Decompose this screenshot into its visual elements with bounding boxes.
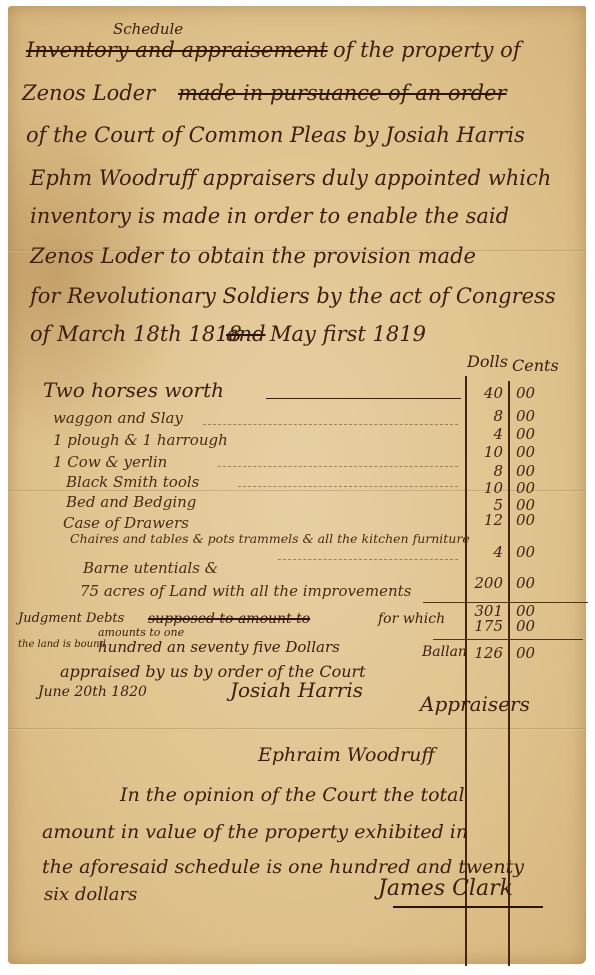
fold-crease — [8, 728, 586, 730]
item-cents: 00 — [516, 384, 535, 402]
judgment-struck: supposed to amount to — [148, 611, 310, 627]
heading-line-8-after: May first 1819 — [270, 322, 426, 346]
item-label: Case of Drawers — [63, 514, 189, 532]
item-dollars: 4 — [463, 425, 503, 443]
signature-ephraim-woodruff: Ephraim Woodruff — [258, 744, 435, 766]
heading-line-8-struck: and — [226, 322, 266, 346]
item-dollars: 12 — [463, 511, 503, 529]
item-cents: 00 — [516, 574, 535, 592]
item-label: 75 acres of Land with all the improvemen… — [80, 582, 411, 600]
item-dollars: 8 — [463, 407, 503, 425]
heading-line-2: Zenos Loder — [22, 81, 155, 105]
document-date: June 20th 1820 — [38, 684, 147, 700]
item-dollars: 4 — [463, 543, 503, 561]
leader-line — [266, 398, 461, 399]
leader-line — [218, 466, 458, 467]
opinion-line-1: In the opinion of the Court the total — [120, 784, 465, 806]
column-header-dollars: Dolls — [467, 352, 508, 371]
heading-line-4: Ephm Woodruff appraisers duly appointed … — [30, 166, 551, 190]
item-cents: 00 — [516, 511, 535, 529]
item-label: Two horses worth — [43, 378, 224, 402]
judgment-line2: hundred an seventy five Dollars — [98, 638, 340, 656]
signature-josiah-harris: Josiah Harris — [230, 678, 363, 702]
item-label: Barne utentials & — [83, 559, 218, 577]
item-cents: 00 — [516, 462, 535, 480]
heading-line-3: of the Court of Common Pleas by Josiah H… — [26, 123, 525, 147]
item-cents: 00 — [516, 443, 535, 461]
column-header-cents: Cents — [512, 356, 559, 375]
judgment-dollars: 175 — [463, 617, 503, 635]
item-dollars: 40 — [463, 384, 503, 402]
item-label: waggon and Slay — [53, 409, 183, 427]
opinion-line-2: amount in value of the property exhibite… — [42, 821, 468, 843]
document-page: Schedule Inventory and appraisement of t… — [8, 6, 586, 964]
leader-line — [203, 424, 458, 425]
judgment-prefix: the land is bound — [18, 639, 106, 650]
heading-line-8: of March 18th 1818 — [30, 322, 242, 346]
item-label: Bed and Bedging — [66, 493, 196, 511]
item-cents: 00 — [516, 407, 535, 425]
heading-line-1: of the property of — [333, 38, 521, 62]
item-label: 1 plough & 1 harrough — [53, 431, 228, 449]
balance-dollars: 126 — [463, 644, 503, 662]
opinion-line-3: the aforesaid schedule is one hundred an… — [42, 856, 524, 878]
balance-label: Ballan — [422, 644, 467, 660]
signature-underline — [393, 906, 543, 908]
item-label: Chaires and tables & pots trammels & all… — [70, 531, 470, 546]
heading-line-2-struck: made in pursuance of an order — [178, 81, 507, 105]
opinion-line-4: six dollars — [44, 884, 137, 905]
judgment-cents: 00 — [516, 617, 535, 635]
leader-line — [238, 486, 458, 487]
item-cents: 00 — [516, 425, 535, 443]
total-rule — [423, 602, 588, 603]
item-cents: 00 — [516, 543, 535, 561]
item-dollars: 10 — [463, 443, 503, 461]
judgment-tail: for which — [378, 611, 445, 627]
item-cents: 00 — [516, 479, 535, 497]
item-dollars: 10 — [463, 479, 503, 497]
item-label: Black Smith tools — [66, 473, 199, 491]
title-struck: Inventory and appraisement — [26, 38, 328, 62]
balance-rule — [433, 639, 583, 640]
heading-line-6: Zenos Loder to obtain the provision made — [30, 244, 476, 268]
balance-cents: 00 — [516, 644, 535, 662]
heading-line-7: for Revolutionary Soldiers by the act of… — [30, 284, 556, 308]
heading-line-5: inventory is made in order to enable the… — [30, 204, 509, 228]
leader-line — [278, 559, 458, 560]
item-dollars: 8 — [463, 462, 503, 480]
judgment-note: Judgment Debts — [18, 611, 124, 626]
title-inserted: Schedule — [113, 20, 183, 38]
signature-james-clark: James Clark — [378, 876, 513, 901]
appraisers-label: Appraisers — [420, 692, 530, 716]
item-label: 1 Cow & yerlin — [53, 453, 167, 471]
item-dollars: 200 — [463, 574, 503, 592]
